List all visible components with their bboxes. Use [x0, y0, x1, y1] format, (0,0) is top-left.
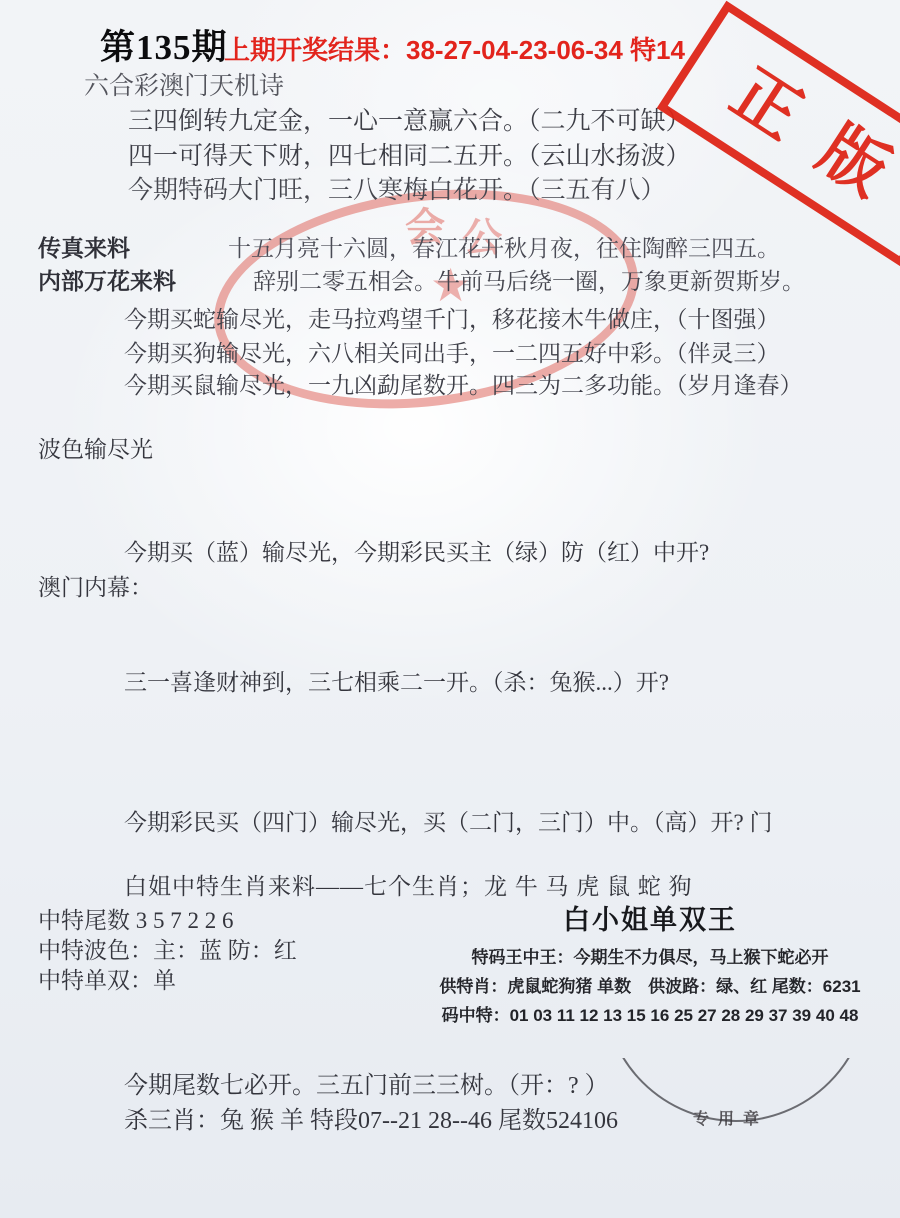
poem-title: 六合彩澳门天机诗: [84, 66, 284, 102]
company-seal-text: 专用章: [693, 1106, 768, 1129]
poem-line: 四一可得天下财，四七相同二五开。（云山水扬波）: [128, 136, 691, 172]
poem-line: 今期特码大门旺，三八寒梅白花开。（三五有八）: [128, 170, 666, 206]
stat-wave-color: 中特波色：主：蓝 防：红: [38, 932, 297, 965]
wave-color-label: 波色输尽光: [38, 431, 153, 464]
company-seal: 专用章: [595, 1058, 885, 1153]
poem-line: 三四倒转九定金，一心一意赢六合。（二九不可缺）: [128, 101, 691, 137]
footer-tip-line: 今期尾数七必开。三五门前三三树。（开：? ）: [124, 1065, 609, 1100]
fax-source-label: 传真来料: [38, 230, 130, 263]
zodiac-tip-line: 今期买蛇输尽光，走马拉鸡望千门，移花接木牛做庄，（十图强）: [124, 301, 780, 334]
zodiac-tip-line: 今期买狗输尽光，六八相关同出手，一二四五好中彩。（伴灵三）: [124, 335, 780, 368]
fortune-tip-line: 三一喜逢财神到，三七相乘二一开。（杀：兔猴...）开?: [124, 664, 669, 697]
panel-line: 特码王中王：今期生不力俱尽，马上猴下蛇必开: [436, 943, 864, 968]
panel-title: 白小姐单双王: [436, 898, 864, 937]
zodiac-tip-line: 今期买鼠输尽光，一九凶勐尾数开。四三为二多功能。（岁月逢春）: [124, 367, 803, 400]
baixiaojie-panel: 白小姐单双王 特码王中王：今期生不力俱尽，马上猴下蛇必开 供特肖：虎鼠蛇狗猪 单…: [436, 898, 864, 1030]
fax-page: 会 公 ★ 第135期 上期开奖结果：38-27-04-23-06-34 特14…: [0, 0, 900, 1218]
stat-odd-even: 中特单双：单: [38, 962, 176, 995]
panel-line: 供特肖：虎鼠蛇狗猪 单数 供波路：绿、红 尾数：6231: [436, 972, 864, 997]
genuine-stamp-text: 正版: [721, 58, 900, 227]
last-draw-result: 上期开奖结果：38-27-04-23-06-34 特14: [224, 30, 685, 67]
stat-tail-numbers: 中特尾数 3 5 7 2 2 6: [38, 902, 234, 935]
baijie-zodiac-line: 白姐中特生肖来料——七个生肖；龙 牛 马 虎 鼠 蛇 狗: [124, 868, 693, 901]
fax-source-text: 辞别二零五相会。牛前马后绕一圈，万象更新贺斯岁。: [253, 263, 805, 296]
issue-number: 第135期: [100, 20, 228, 70]
fax-source-label: 内部万花来料: [38, 263, 176, 296]
footer-kill-zodiac-line: 杀三肖：兔 猴 羊 特段07--21 28--46 尾数524106: [124, 1100, 618, 1135]
color-tip-line: 今期买（蓝）输尽光，今期彩民买主（绿）防（红）中开?: [124, 534, 709, 567]
door-tip-line: 今期彩民买（四门）输尽光，买（二门，三门）中。（高）开? 门: [124, 804, 772, 837]
panel-line: 码中特：01 03 11 12 13 15 16 25 27 28 29 37 …: [436, 1001, 864, 1026]
fax-source-text: 十五月亮十六圆，春江花开秋月夜，往住陶醉三四五。: [228, 230, 780, 263]
genuine-stamp: 正版: [657, 1, 900, 267]
macau-insider-label: 澳门内幕：: [38, 569, 153, 602]
